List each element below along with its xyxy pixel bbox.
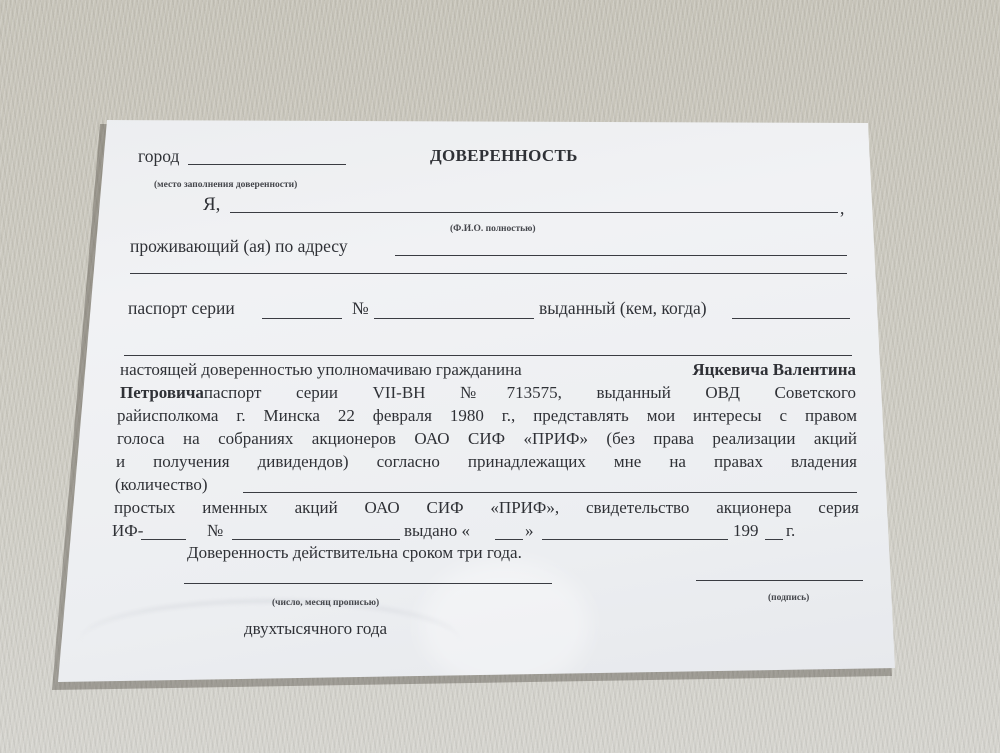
passport-series-field[interactable] [262,318,342,319]
body-line-2: Петровича паспорт серии VII-ВН №713575, … [120,383,856,403]
issued-year-field[interactable] [765,539,783,540]
certificate-number-field[interactable] [232,539,400,540]
address-field-2[interactable] [130,273,847,274]
body-line-4: голоса на собраниях акционеров ОАО СИФ «… [117,429,857,449]
quantity-label: (количество) [115,475,207,495]
year-text: двухтысячного года [244,619,387,639]
full-name-field[interactable] [230,212,838,213]
city-hint: (место заполнения доверенности) [154,180,297,190]
city-field[interactable] [188,164,346,165]
address-field-1[interactable] [395,255,847,256]
body-line-5: и получения дивидендов) согласно принадл… [116,452,857,472]
number-sign: № [352,298,369,319]
certificate-number-sign: № [207,521,223,541]
issued-field-2[interactable] [124,355,852,356]
passport-label: паспорт серии [128,298,235,319]
quantity-field[interactable] [243,492,857,493]
body-line-1: настоящей доверенностью уполномачиваю гр… [120,360,856,380]
validity-text: Доверенность действительна сроком три го… [187,543,522,563]
issued-month-field[interactable] [542,539,728,540]
document-title: ДОВЕРЕННОСТЬ [430,146,578,166]
i-label: Я, [203,194,220,216]
issued-short-label: выдано « [404,521,470,541]
attorney-patronymic: Петровича [120,383,204,403]
certificate-series-field[interactable] [141,539,186,540]
signature-hint: (подпись) [768,593,809,603]
fio-hint: (Ф.И.О. полностью) [450,224,536,234]
date-field[interactable] [184,583,552,584]
power-of-attorney-form: город ДОВЕРЕННОСТЬ (место заполнения дов… [0,0,1000,753]
signature-field[interactable] [696,580,863,581]
passport-number-field[interactable] [374,318,534,319]
address-label: проживающий (ая) по адресу [130,236,348,257]
body-line-3: райисполкома г. Минска 22 февраля 1980 г… [117,406,857,426]
quote-close: » [525,521,534,541]
if-label: ИФ- [112,521,143,541]
issued-day-field[interactable] [495,539,523,540]
issued-field-1[interactable] [732,318,850,319]
shares-line: простых именных акций ОАО СИФ «ПРИФ», св… [114,498,859,518]
year-prefix: 199 [733,521,759,541]
comma: , [840,198,844,219]
city-label: город [138,146,179,167]
issued-label: выданный (кем, когда) [539,298,707,319]
attorney-name: Яцкевича Валентина [692,360,856,380]
date-hint: (число, месяц прописью) [272,598,379,608]
year-suffix: г. [786,521,795,541]
